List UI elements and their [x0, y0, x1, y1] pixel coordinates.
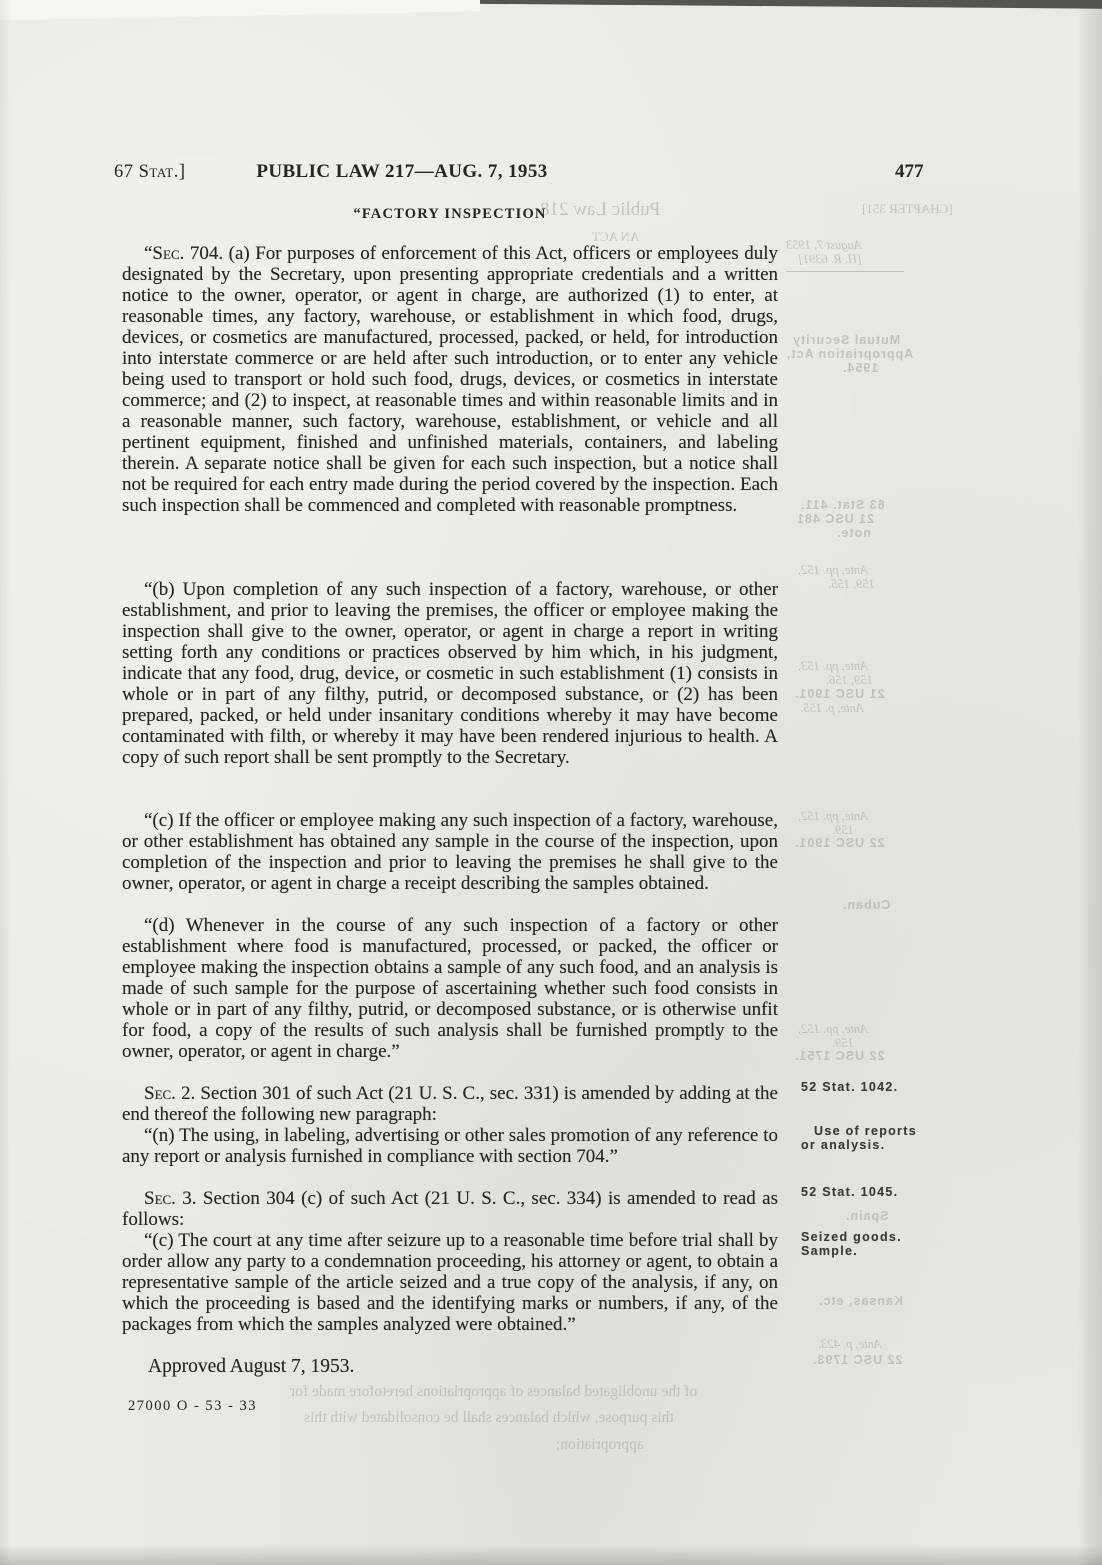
bleedthrough-text: Ante, pp. 152,	[798, 810, 868, 823]
section-lead: Sec. 2.	[144, 1083, 195, 1104]
body-paragraph: “(b) Upon completion of any such inspect…	[122, 579, 778, 768]
scan-edge-left	[0, 0, 10, 1565]
bleedthrough-text: this purpose, which balances shall be co…	[304, 1410, 674, 1426]
bleedthrough-text: 63 Stat. 411.	[800, 499, 885, 512]
body-paragraph: “Sec. 704. (a) For purposes of enforceme…	[122, 243, 778, 516]
bleedthrough-text: 22 USC 1751.	[794, 1050, 885, 1063]
bleedthrough-text: Appropriation Act,	[786, 348, 913, 361]
law-title: PUBLIC LAW 217—AUG. 7, 1953	[122, 161, 682, 183]
body-paragraph: “(d) Whenever in the course of any such …	[122, 915, 778, 1062]
approval-line: Approved August 7, 1953.	[122, 1356, 778, 1377]
section-lead: “Sec. 704.	[144, 243, 223, 264]
body-paragraph: “(c) The court at any time after seizure…	[122, 1230, 778, 1335]
bleedthrough-text: Ante, pp. 153,	[798, 660, 868, 673]
section-lead: Sec. 3.	[144, 1188, 197, 1209]
bleedthrough-rule	[786, 271, 904, 272]
print-code: 27000 O - 53 - 33	[128, 1398, 257, 1415]
bleedthrough-text: [H. R. 6391]	[798, 253, 862, 266]
bleedthrough-text: Ante, p. 423.	[818, 1338, 882, 1351]
margin-note: Use of reportsor analysis.	[801, 1124, 1001, 1152]
section-heading: “FACTORY INSPECTION	[122, 206, 778, 223]
bleedthrough-text: [CHAPTER 351]	[862, 202, 953, 216]
bleedthrough-text: 22 USC 1901.	[794, 837, 885, 850]
body-paragraph: “(n) The using, in labeling, advertising…	[122, 1125, 778, 1167]
scan-page-corner	[0, 0, 480, 21]
body-paragraph: “(c) If the officer or employee making a…	[122, 810, 778, 894]
bleedthrough-text: Kansas, etc.	[818, 1295, 903, 1308]
scan-edge-top	[390, 0, 1102, 9]
bleedthrough-text: Ante, pp. 152,	[798, 1023, 868, 1036]
bleedthrough-text: 1954.	[842, 362, 878, 375]
bleedthrough-text: August 7, 1953	[786, 239, 861, 252]
scan-edge-right	[1078, 0, 1102, 1565]
margin-note: Seized goods.Sample.	[801, 1230, 1001, 1258]
bleedthrough-text: note.	[836, 527, 871, 540]
bleedthrough-text: of the unobligated balances of appropria…	[290, 1384, 697, 1400]
bleedthrough-text: Spain.	[845, 1210, 889, 1223]
scan-edge-bottom	[0, 1545, 1102, 1565]
body-paragraph: Sec. 3. Section 304 (c) of such Act (21 …	[122, 1188, 778, 1230]
bleedthrough-text: Mutual Security	[792, 334, 900, 347]
bleedthrough-text: 159, 155.	[828, 578, 875, 591]
bleedthrough-text: 159, 156.	[826, 674, 873, 687]
margin-note: 52 Stat. 1045.	[801, 1185, 1001, 1199]
bleedthrough-text: appropriation;	[556, 1437, 644, 1453]
bleedthrough-text: Cuban.	[842, 899, 890, 912]
bleedthrough-text: Ante, pp. 152,	[798, 564, 868, 577]
page-number: 477	[895, 161, 924, 183]
bleedthrough-text: Ante, p. 155.	[800, 702, 864, 715]
bleedthrough-text: AN ACT	[592, 230, 639, 244]
margin-note: 52 Stat. 1042.	[801, 1080, 1001, 1094]
bleedthrough-text: 21 USC 481	[796, 513, 874, 526]
bleedthrough-text: 22 USC 1793.	[812, 1354, 903, 1367]
scanned-statute-page: Public Law 218[CHAPTER 351]AN ACTAugust …	[0, 0, 1102, 1565]
bleedthrough-text: 21 USC 1901.	[794, 688, 885, 701]
body-paragraph: Sec. 2. Section 301 of such Act (21 U. S…	[122, 1083, 778, 1125]
